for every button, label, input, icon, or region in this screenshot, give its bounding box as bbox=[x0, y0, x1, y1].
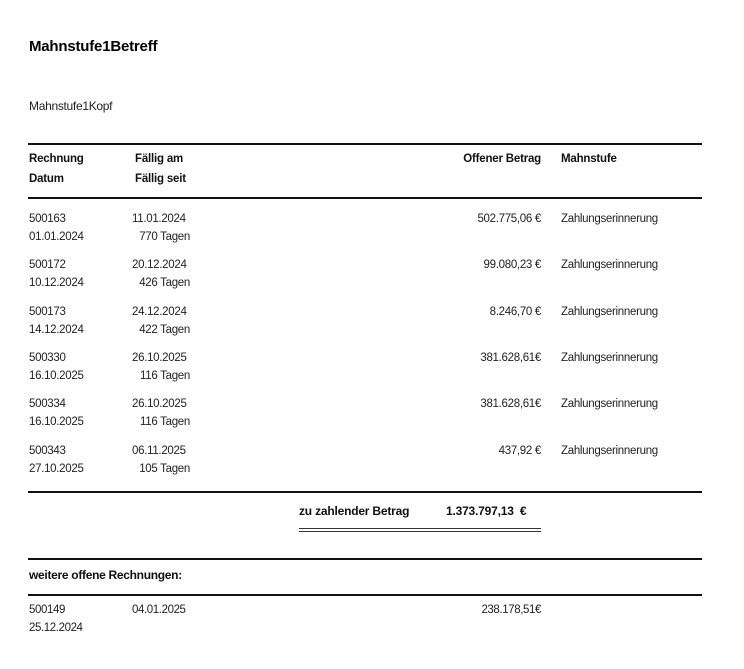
overdue-days: 105 Tagen bbox=[100, 463, 190, 475]
invoice-number: 500163 bbox=[29, 213, 66, 225]
due-date: 06.11.2025 bbox=[132, 445, 186, 457]
further-invoices-label: weitere offene Rechnungen: bbox=[29, 568, 182, 582]
open-amount: 238.178,51€ bbox=[400, 604, 541, 616]
total-double-underline-bottom bbox=[299, 531, 541, 532]
dunning-level: Zahlungserinnerung bbox=[561, 398, 658, 410]
dunning-level: Zahlungserinnerung bbox=[561, 445, 658, 457]
total-label: zu zahlender Betrag bbox=[299, 504, 409, 518]
invoice-number: 500334 bbox=[29, 398, 66, 410]
open-amount: 381.628,61€ bbox=[400, 398, 541, 410]
invoice-date: 27.10.2025 bbox=[29, 463, 84, 475]
dunning-level: Zahlungserinnerung bbox=[561, 306, 658, 318]
dunning-level: Zahlungserinnerung bbox=[561, 213, 658, 225]
due-date: 04.01.2025 bbox=[132, 604, 186, 616]
due-date: 26.10.2025 bbox=[132, 352, 187, 364]
open-amount: 437,92 € bbox=[400, 445, 541, 457]
column-header-invoice: Rechnung bbox=[29, 153, 84, 165]
open-amount: 99.080,23 € bbox=[400, 259, 541, 271]
invoice-date: 01.01.2024 bbox=[29, 231, 84, 243]
column-header-date: Datum bbox=[29, 173, 64, 185]
due-date: 26.10.2025 bbox=[132, 398, 187, 410]
invoice-date: 16.10.2025 bbox=[29, 416, 84, 428]
invoice-number: 500330 bbox=[29, 352, 66, 364]
open-amount: 381.628,61€ bbox=[400, 352, 541, 364]
total-double-underline-top bbox=[299, 528, 541, 529]
invoice-date: 14.12.2024 bbox=[29, 324, 84, 336]
document-subject: Mahnstufe1Betreff bbox=[29, 38, 157, 55]
table-top-rule bbox=[28, 143, 702, 145]
due-date: 24.12.2024 bbox=[132, 306, 187, 318]
invoice-date: 10.12.2024 bbox=[29, 277, 84, 289]
document-header-text: Mahnstufe1Kopf bbox=[29, 99, 112, 113]
due-date: 11.01.2024 bbox=[132, 213, 186, 225]
invoice-date: 25.12.2024 bbox=[29, 622, 83, 634]
open-amount: 8.246,70 € bbox=[400, 306, 541, 318]
overdue-days: 116 Tagen bbox=[100, 416, 190, 428]
open-amount: 502.775,06 € bbox=[400, 213, 541, 225]
table-header-bottom-rule bbox=[28, 197, 702, 199]
column-header-open-amount: Offener Betrag bbox=[400, 153, 541, 165]
table-bottom-rule bbox=[28, 491, 702, 493]
further-top-rule bbox=[28, 558, 702, 560]
due-date: 20.12.2024 bbox=[132, 259, 187, 271]
dunning-level: Zahlungserinnerung bbox=[561, 259, 658, 271]
overdue-days: 426 Tagen bbox=[100, 277, 190, 289]
dunning-level: Zahlungserinnerung bbox=[561, 352, 658, 364]
overdue-days: 770 Tagen bbox=[100, 231, 190, 243]
column-header-due-since: Fällig seit bbox=[135, 173, 186, 185]
overdue-days: 422 Tagen bbox=[100, 324, 190, 336]
invoice-number: 500173 bbox=[29, 306, 66, 318]
invoice-number: 500172 bbox=[29, 259, 66, 271]
invoice-date: 16.10.2025 bbox=[29, 370, 84, 382]
further-header-bottom-rule bbox=[28, 594, 702, 596]
overdue-days: 116 Tagen bbox=[100, 370, 190, 382]
total-value: 1.373.797,13 € bbox=[446, 504, 526, 518]
column-header-due-on: Fällig am bbox=[135, 153, 183, 165]
column-header-dunning-level: Mahnstufe bbox=[561, 153, 617, 165]
invoice-number: 500343 bbox=[29, 445, 66, 457]
invoice-number: 500149 bbox=[29, 604, 65, 616]
